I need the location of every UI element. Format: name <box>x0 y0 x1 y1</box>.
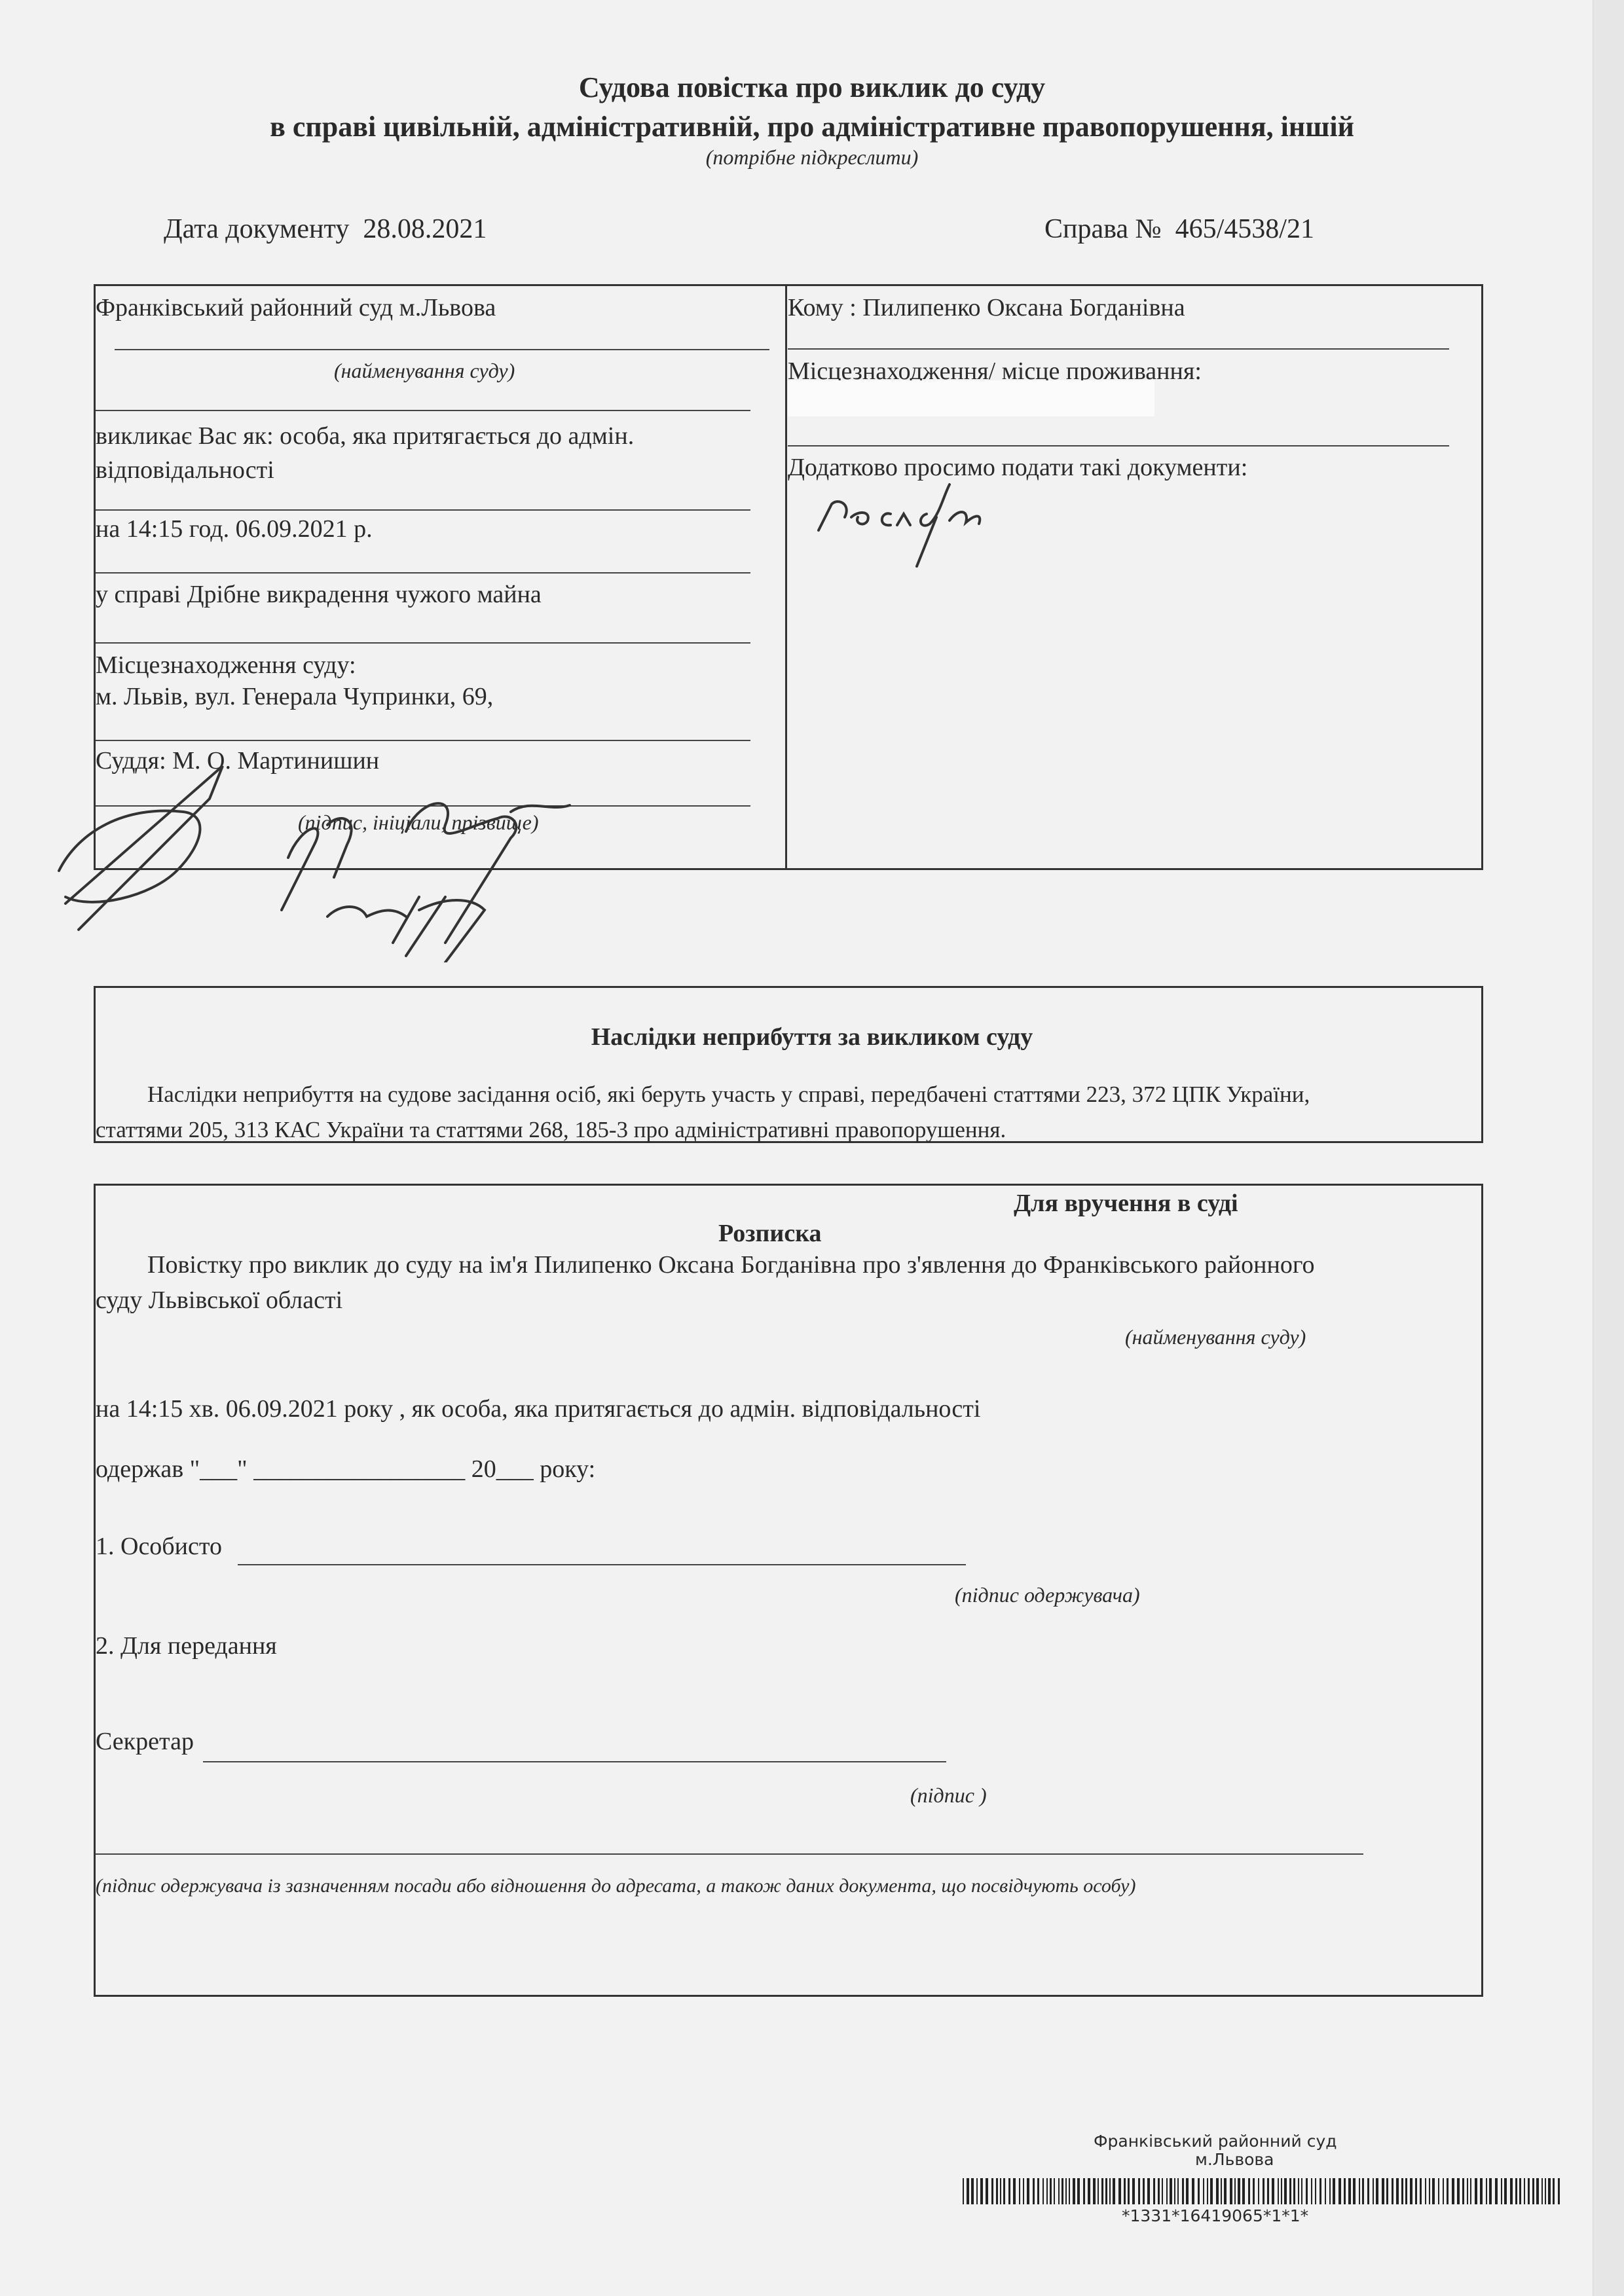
court-name-hint: (найменування суду) <box>334 359 515 383</box>
for-delivery-label: Для вручення в суді <box>1014 1189 1238 1218</box>
document-subtitle: в справі цивільній, адміністративній, пр… <box>0 110 1624 143</box>
barcode-icon <box>963 2178 1565 2204</box>
footer-court-line2: м.Львова <box>1195 2150 1274 2169</box>
receipt-title: Розписка <box>718 1219 822 1248</box>
consequences-text-line1: Наслідки неприбуття на судове засідання … <box>147 1082 1310 1108</box>
document-title: Судова повістка про виклик до суду <box>0 71 1624 104</box>
court-location: м. Львів, вул. Генерала Чупринки, 69, <box>96 682 493 711</box>
secretary-label: Секретар <box>96 1727 194 1756</box>
receipt-text-line2: суду Львівської області <box>96 1286 342 1315</box>
secretary-signature-hint: (підпис ) <box>910 1783 987 1808</box>
court-name: Франківський районний суд м.Львова <box>96 293 496 322</box>
court-location-label: Місцезнаходження суду: <box>96 651 356 680</box>
footer-court-line1: Франківський районний суд <box>1094 2132 1337 2151</box>
document-date: Дата документу 28.08.2021 <box>164 213 487 245</box>
personally-label: 1. Особисто <box>96 1532 222 1561</box>
receipt-time-line: на 14:15 хв. 06.09.2021 року , як особа,… <box>96 1394 980 1423</box>
scan-page-edge <box>1593 0 1624 2296</box>
recipient: Кому : Пилипенко Оксана Богданівна <box>788 293 1185 322</box>
court-name-underline <box>115 349 769 350</box>
recipient-signature-hint: (підпис одержувача) <box>955 1583 1140 1607</box>
divider <box>96 572 750 574</box>
receipt-text-line1: Повістку про виклик до суду на ім'я Пили… <box>147 1250 1314 1279</box>
case-number-value: 465/4538/21 <box>1175 214 1314 244</box>
divider <box>788 445 1449 446</box>
document-date-label: Дата документу <box>164 214 349 244</box>
summons-column-divider <box>785 284 787 870</box>
divider <box>96 509 750 511</box>
case-number-label: Справа № <box>1044 214 1162 244</box>
title-hint: (потрібне підкреслити) <box>0 145 1624 170</box>
handwritten-note-icon <box>812 478 1022 570</box>
barcode-text: *1331*16419065*1*1* <box>1122 2206 1308 2225</box>
received-date-line: одержав "___" _________________ 20___ ро… <box>96 1455 595 1484</box>
judge-signature-icon <box>52 746 642 962</box>
personally-signature-line[interactable] <box>238 1564 966 1565</box>
case-subject: у справі Дрібне викрадення чужого майна <box>96 580 542 609</box>
consequences-text-line2: статтями 205, 313 КАС України та статтям… <box>96 1117 1006 1143</box>
case-number: Справа № 465/4538/21 <box>1044 213 1314 245</box>
document-date-value: 28.08.2021 <box>363 214 487 244</box>
secretary-signature-line[interactable] <box>203 1761 946 1762</box>
divider <box>788 348 1449 350</box>
final-signature-line[interactable] <box>96 1853 1363 1855</box>
summons-role-line2: відповідальності <box>96 456 274 484</box>
hearing-time: на 14:15 год. 06.09.2021 р. <box>96 515 373 543</box>
divider <box>96 740 750 741</box>
receipt-court-hint: (найменування суду) <box>1125 1325 1306 1349</box>
final-signature-hint: (підпис одержувача із зазначенням посади… <box>96 1875 1135 1897</box>
residence-redacted <box>788 380 1154 416</box>
summons-role-line1: викликає Вас як: особа, яка притягається… <box>96 422 634 450</box>
consequences-title: Наслідки неприбуття за викликом суду <box>0 1023 1624 1051</box>
divider <box>96 410 750 411</box>
for-transfer-label: 2. Для передання <box>96 1631 277 1660</box>
divider <box>96 642 750 644</box>
